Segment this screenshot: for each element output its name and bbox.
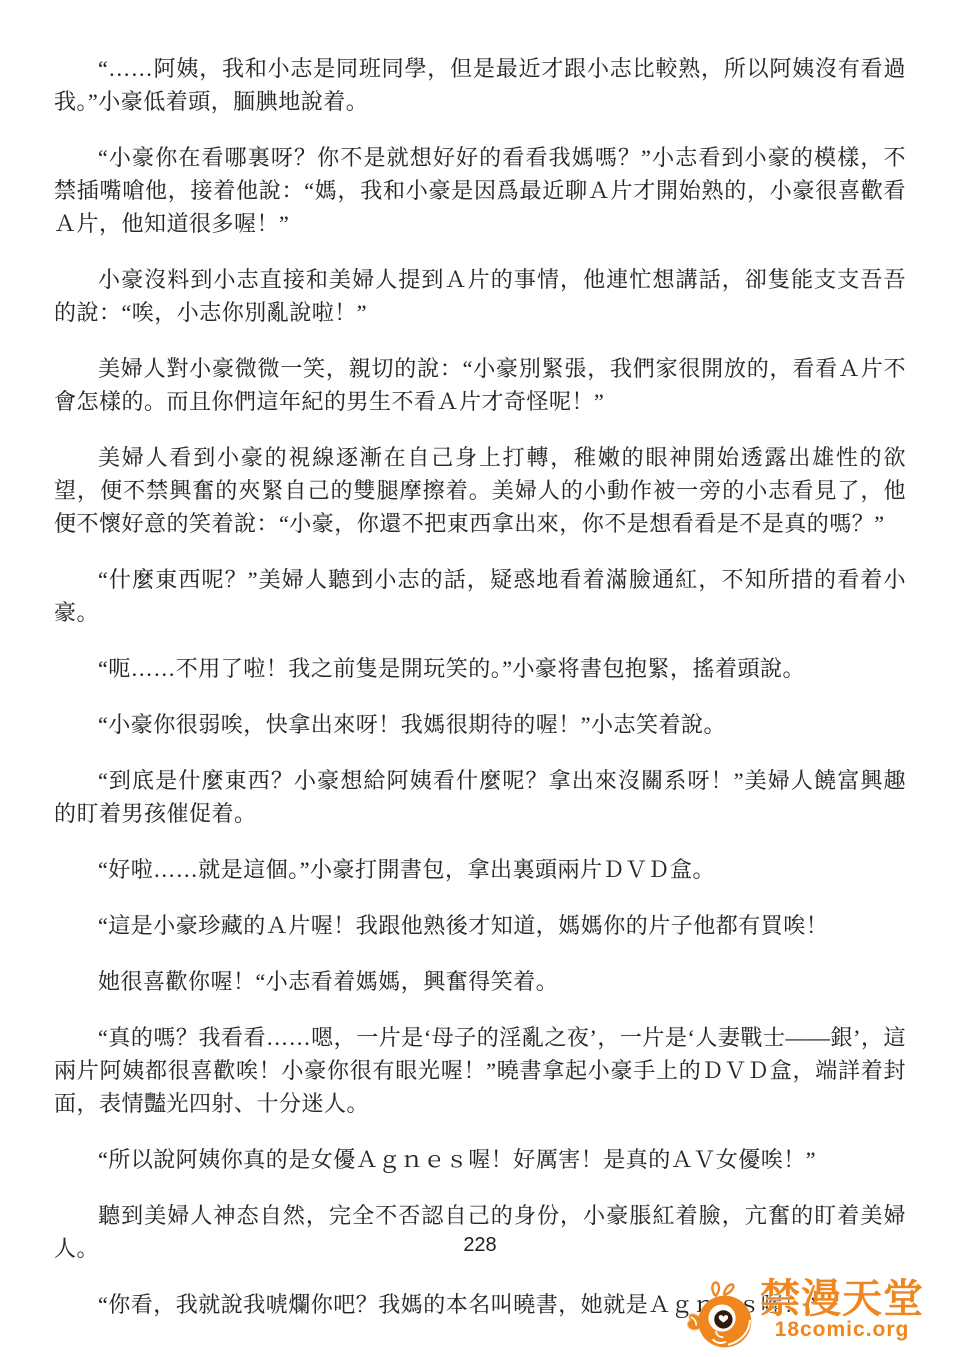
paragraph: “什麼東西呢？”美婦人聽到小志的話，疑惑地看着滿臉通紅，不知所措的看着小豪。 (54, 563, 906, 629)
paragraph: “這是小豪珍藏的Ａ片喔！我跟他熟後才知道，媽媽你的片子他都有買唉！ (54, 909, 906, 942)
paragraph: 她很喜歡你喔！“小志看着媽媽，興奮得笑着。 (54, 965, 906, 998)
page-number: 228 (0, 1234, 960, 1257)
paragraph: “小豪你很弱唉，快拿出來呀！我媽很期待的喔！”小志笑着說。 (54, 708, 906, 741)
document-page: “……阿姨，我和小志是同班同學，但是最近才跟小志比較熟，所以阿姨沒有看過我。”小… (0, 0, 960, 1357)
paragraph: 小豪沒料到小志直接和美婦人提到Ａ片的事情，他連忙想講話，卻隻能支支吾吾的說：“唉… (54, 263, 906, 329)
paragraph: “真的嗎？我看看……嗯，一片是‘母子的淫亂之夜’，一片是‘人妻戰士——銀’，這兩… (54, 1021, 906, 1120)
paragraph: “到底是什麼東西？小豪想給阿姨看什麼呢？拿出來沒關系呀！”美婦人饒富興趣的盯着男… (54, 764, 906, 830)
paragraph: 美婦人看到小豪的視線逐漸在自己身上打轉，稚嫩的眼神開始透露出雄性的欲望，便不禁興… (54, 441, 906, 540)
page-text: “……阿姨，我和小志是同班同學，但是最近才跟小志比較熟，所以阿姨沒有看過我。”小… (54, 52, 906, 1344)
paragraph: “好啦……就是這個。”小豪打開書包，拿出裏頭兩片ＤＶＤ盒。 (54, 853, 906, 886)
paragraph: 美婦人對小豪微微一笑，親切的說：“小豪別緊張，我們家很開放的，看看Ａ片不會怎樣的… (54, 352, 906, 418)
site-name: 禁漫天堂 (760, 1277, 924, 1321)
paragraph: “……阿姨，我和小志是同班同學，但是最近才跟小志比較熟，所以阿姨沒有看過我。”小… (54, 52, 906, 118)
site-url: 18comic.org (775, 1319, 910, 1341)
paragraph: “小豪你在看哪裏呀？你不是就想好好的看看我媽嗎？”小志看到小豪的模樣，不禁插嘴嗆… (54, 141, 906, 240)
site-watermark: 禁漫天堂 18comic.org (686, 1277, 924, 1351)
whale-mascot-icon (686, 1277, 754, 1351)
brand-text: 禁漫天堂 18comic.org (760, 1277, 924, 1341)
paragraph: “呃……不用了啦！我之前隻是開玩笑的。”小豪将書包抱緊，搖着頭說。 (54, 652, 906, 685)
paragraph: “所以說阿姨你真的是女優Ａｇｎｅｓ喔！好厲害！是真的ＡＶ女優唉！” (54, 1143, 906, 1176)
